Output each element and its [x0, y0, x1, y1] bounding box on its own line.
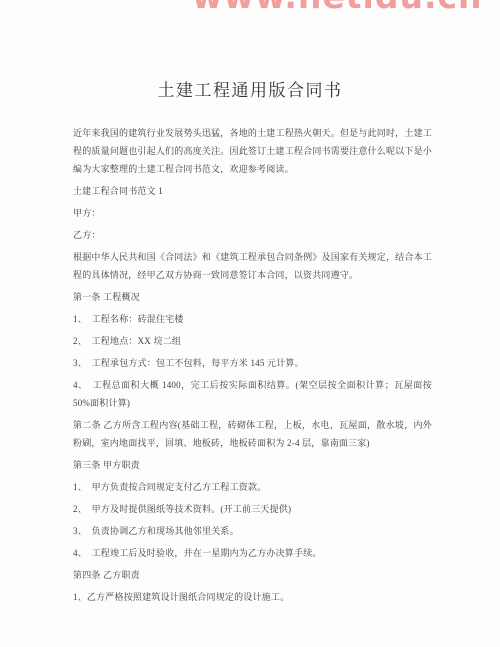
paragraph: 第一条 工程概况 [73, 288, 432, 306]
paragraph: 近年来我国的建筑行业发展势头迅猛，各地的土建工程热火朝天。但是与此同时，土建工程… [73, 124, 432, 178]
paragraph: 第四条 乙方职责 [73, 566, 432, 584]
paragraph: 第三条 甲方职责 [73, 456, 432, 474]
document-body: 近年来我国的建筑行业发展势头迅猛，各地的土建工程热火朝天。但是与此同时，土建工程… [0, 101, 500, 606]
paragraph: 1、 甲方负责按合同规定支付乙方工程工资款。 [73, 478, 432, 496]
paragraph: 土建工程合同书范文 1 [73, 182, 432, 200]
paragraph: 3、 负责协调乙方和现场其他邻里关系。 [73, 522, 432, 540]
paragraph: 4、 工程总面积大概 1400，完工后按实际面积结算。(架空层按全面积计算；瓦屋… [73, 376, 432, 412]
paragraph: 4、 工程竣工后及时验收，并在一星期内为乙方办决算手续。 [73, 544, 432, 562]
paragraph: 第二条 乙方所含工程内容(基础工程，砖砌体工程，上板，水电，瓦屋面，散水坡，内外… [73, 416, 432, 452]
site-watermark: www.hetidu.cn [192, 0, 483, 16]
paragraph: 甲方： [73, 204, 432, 222]
paragraph: 1、 工程名称：砖混住宅楼 [73, 310, 432, 328]
paragraph: 乙方： [73, 226, 432, 244]
paragraph: 根据中华人民共和国《合同法》和《建筑工程承包合同条例》及国家有关规定，结合本工程… [73, 248, 432, 284]
paragraph: 3、 工程承包方式：包工不包料，每平方米 145 元计算。 [73, 354, 432, 372]
paragraph: 1、乙方严格按照建筑设计图纸合同规定的设计施工。 [73, 588, 432, 606]
paragraph: 2、 甲方及时提供图纸等技术资料。(开工前三天提供) [73, 500, 432, 518]
document-page: www.hetidu.cn 土建工程通用版合同书 近年来我国的建筑行业发展势头迅… [0, 0, 500, 647]
paragraph: 2、 工程地点：XX 垸二组 [73, 332, 432, 350]
